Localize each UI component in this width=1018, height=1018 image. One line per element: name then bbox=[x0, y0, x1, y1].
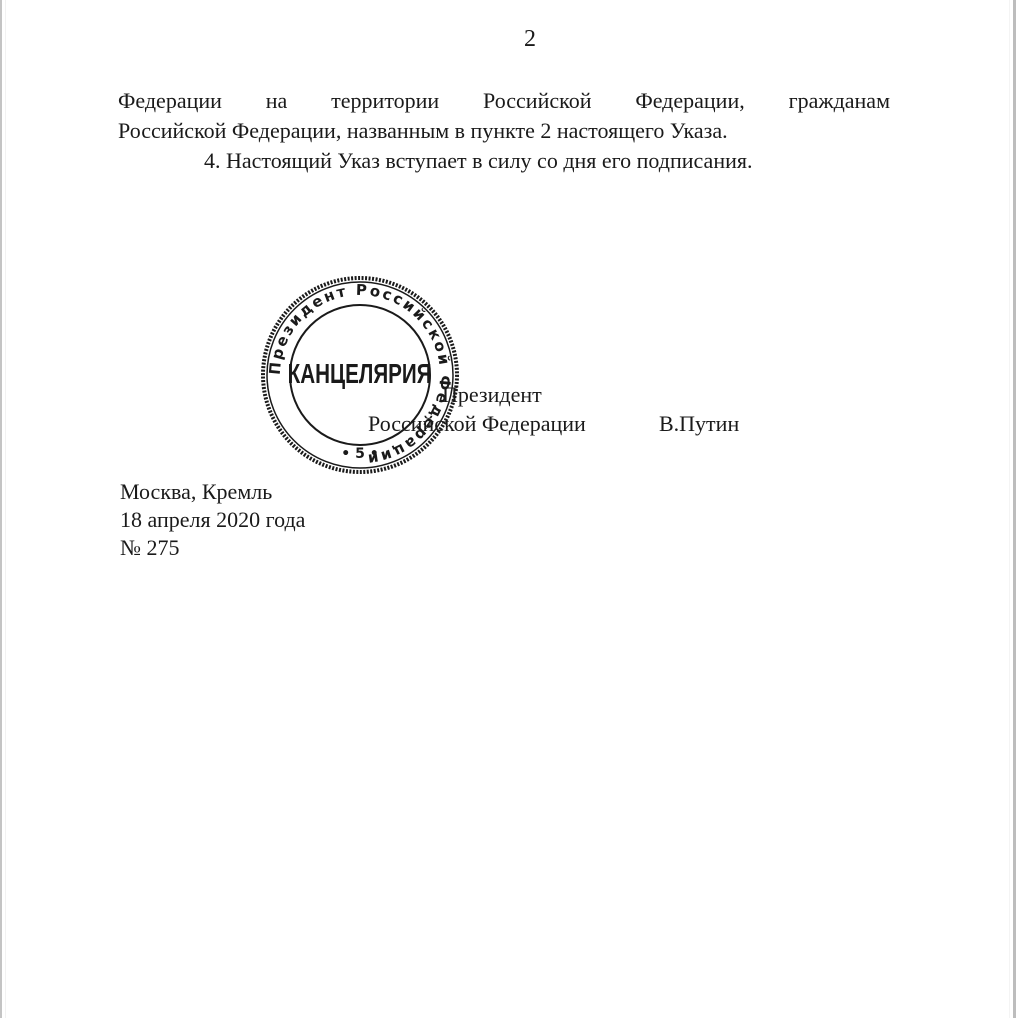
page-border-right-inner bbox=[1009, 0, 1010, 1018]
page-border-left-inner bbox=[5, 0, 6, 1018]
signing-place: Москва, Кремль bbox=[120, 478, 272, 506]
signature-title: Президент bbox=[442, 381, 542, 409]
page-border-right bbox=[1013, 0, 1016, 1018]
body-text-line: Российской Федерации, названным в пункте… bbox=[118, 116, 890, 146]
signature-organization: Российской Федерации bbox=[368, 410, 586, 438]
page-border-left bbox=[0, 0, 2, 1018]
body-text-paragraph-4: 4. Настоящий Указ вступает в силу со дня… bbox=[204, 146, 753, 176]
signature-name: В.Путин bbox=[659, 410, 739, 438]
body-text-line: Федерации на территории Российской Федер… bbox=[118, 86, 890, 116]
signing-date: 18 апреля 2020 года bbox=[120, 506, 305, 534]
page-number: 2 bbox=[524, 26, 536, 53]
official-stamp: Президент Российской Федерации • 5 • КАН… bbox=[259, 275, 461, 475]
decree-number: № 275 bbox=[120, 534, 180, 562]
stamp-center-text: КАНЦЕЛЯРИЯ bbox=[288, 359, 432, 390]
stamp-bottom-mark: • 5 • bbox=[341, 446, 378, 462]
